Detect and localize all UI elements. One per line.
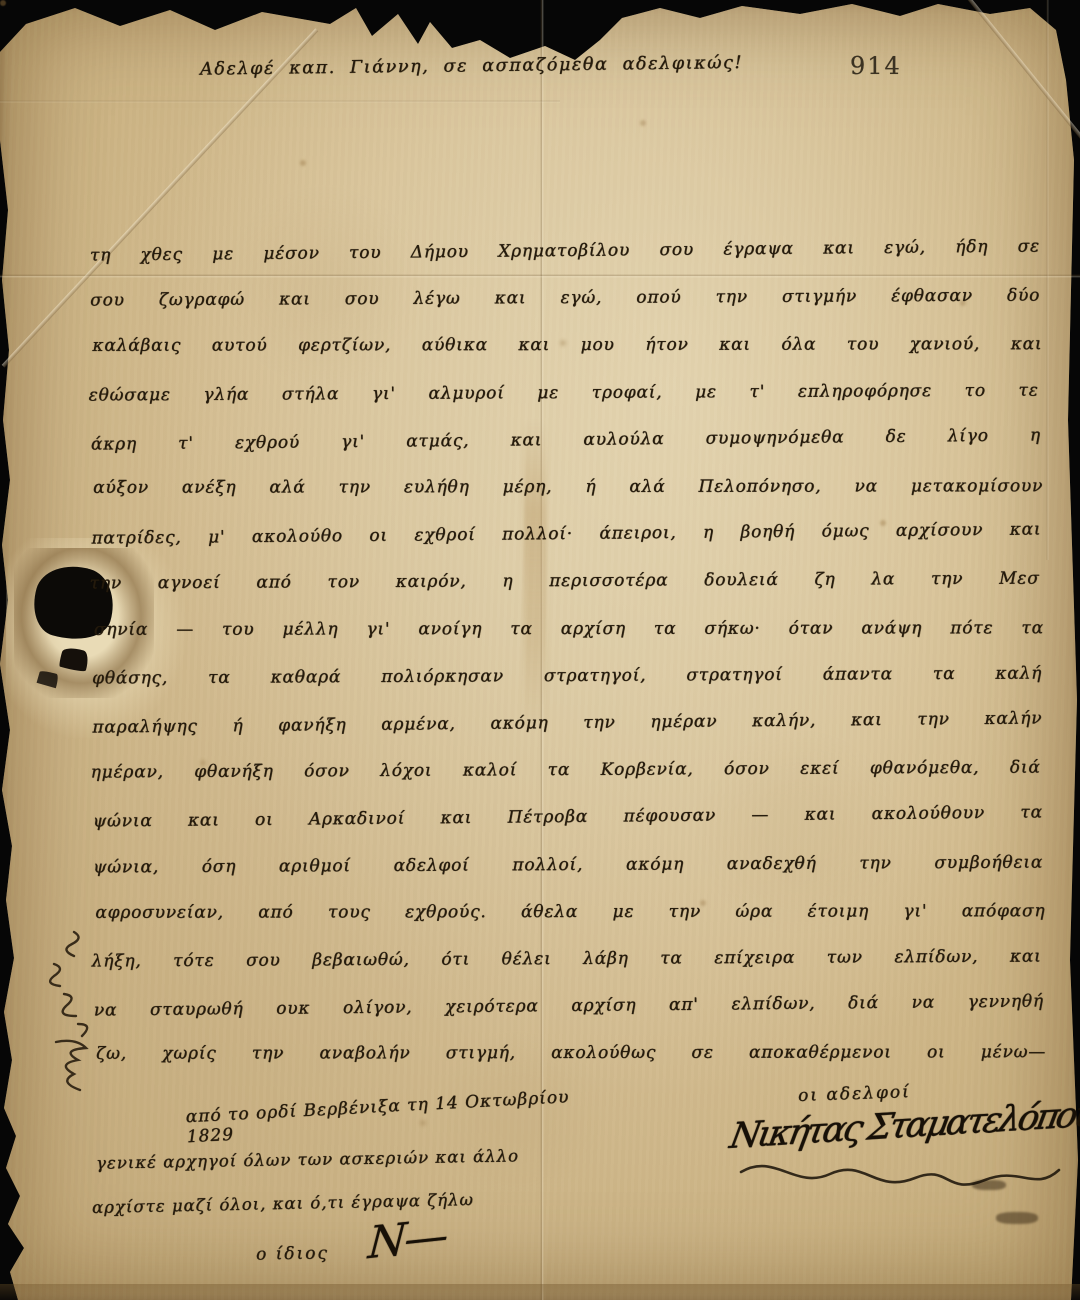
ink-smudge — [996, 1212, 1038, 1224]
body-line: φθάσης, τα καθαρά πολιόρκησαν στρατηγοί,… — [92, 650, 1042, 702]
scanned-letter: Αδελφέ καπ. Γιάννη, σε ασπαζόμεθα αδελφι… — [0, 0, 1080, 1300]
body-line: τη χθες με μέσον του Δήμου Χρηματοβίλου … — [90, 223, 1040, 279]
body-line: άκρη τ' εχθρού γι' ατμάς, και αυλούλα συ… — [91, 412, 1041, 468]
body-line: λήξη, τότε σου βεβαιωθώ, ότι θέλει λάβη … — [91, 934, 1041, 986]
foxing-spots — [0, 0, 6, 6]
body-line: παραλήψης ή φανήξη αρμένα, ακόμη την ημέ… — [92, 695, 1042, 751]
body-line: σου ζωγραφώ και σου λέγω και εγώ, οπού τ… — [90, 273, 1040, 325]
body-line: την αγνοεί από τον καιρόν, η περισσοτέρα… — [90, 556, 1040, 608]
letter-body: τη χθες με μέσον του Δήμου Χρηματοβίλου … — [90, 226, 1044, 1081]
body-line: ημέραν, φθανήξη όσον λόχοι καλοί τα Κορβ… — [91, 745, 1041, 797]
body-line: καλάβαις αυτού φερτζίων, αύθικα και μου … — [92, 322, 1042, 371]
body-line: ψώνια και οι Αρκαδινοί και Πέτροβα πέφου… — [93, 790, 1043, 846]
signature-flourish — [735, 1150, 1065, 1200]
body-line: να σταυρωθή ουκ ολίγον, χειρότερα αρχίση… — [94, 979, 1044, 1035]
margin-note-scribble — [34, 924, 144, 1104]
body-line: σηνία — του μέλλη γι' ανοίγη τα αρχίση τ… — [94, 605, 1044, 654]
body-line: αφροσυνείαν, από τους εχθρούς. άθελα με … — [95, 888, 1045, 937]
body-line: εθώσαμε γλήα στήλα γι' αλμυροί με τροφαί… — [89, 367, 1039, 419]
postscript-signoff: ο ίδιος — [256, 1243, 329, 1264]
body-line: ψώνια, όση αριθμοί αδελφοί πολλοί, ακόμη… — [93, 839, 1043, 891]
body-line: πατρίδες, μ' ακολούθο οι εχθροί πολλοί· … — [91, 507, 1041, 563]
body-line: αύξον ανέξη αλά την ευλήθη μέρη, ή αλά Π… — [93, 463, 1043, 512]
bottom-fold-shadow — [0, 1284, 1080, 1300]
archival-number: 914 — [850, 52, 902, 80]
postscript-initial: Ν— — [366, 1210, 448, 1270]
letter-closing: οι αδελφοί — [798, 1082, 911, 1106]
body-line: ζω, χωρίς την αναβολήν στιγμή, ακολούθως… — [96, 1030, 1046, 1079]
